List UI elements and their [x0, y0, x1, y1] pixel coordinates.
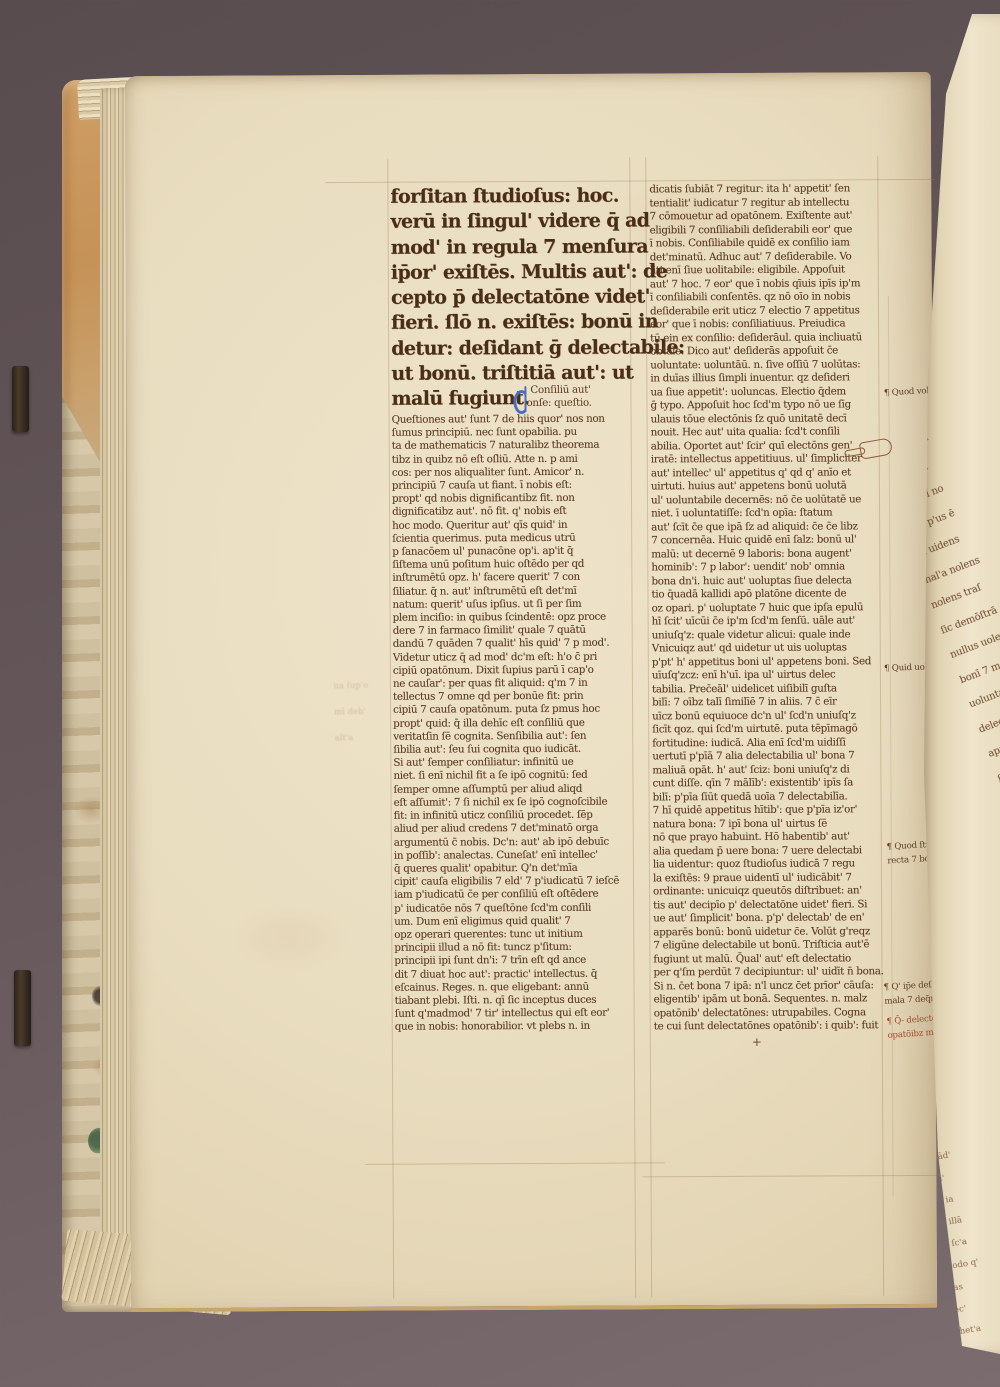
- text-line: nouit. Hec aut' uita qualia: ſcd't conſi…: [651, 425, 889, 440]
- text-line: principii illud a nō fit: tuncz p'ſitum:: [394, 940, 656, 955]
- clasp-top: [12, 366, 29, 432]
- text-line: eſcainus. Reges. n. que eligebant: annū: [395, 980, 657, 995]
- blue-capitulum-mark: [513, 388, 526, 411]
- text-line: hī ſcit' uīcūi c̄e ip'm ſcd'm ſenſū. uāl…: [652, 614, 890, 629]
- text-line: ut bonū. triſtitiā aut': ut: [391, 360, 659, 387]
- text-line: opz operari querentes: tunc ut initium: [394, 927, 656, 942]
- text-line: 7 hī quidē appetitus hītib': que p'pīa i…: [653, 803, 891, 818]
- text-line: bona dn'i. huic aut' uoluptas ſiue delec…: [651, 574, 889, 589]
- text-line: fit: in infinitū uticz conſiliū procedet…: [394, 808, 656, 823]
- text-line: alt'a: [334, 724, 395, 751]
- text-line: iam p'iudicatū c̄e per conſiliū eſt oſtē…: [394, 888, 656, 903]
- text-line: uertutī p'pīā 7 alia delectabilia ul' bo…: [652, 749, 890, 764]
- text-line: dere 7 in farmaco ſimilit' quale 7 quātū: [393, 624, 655, 639]
- text-line: tio q̄uadā kallidi apō platōne dicente d…: [651, 587, 889, 602]
- ruling-line: [365, 1162, 665, 1165]
- text-line: niet. ī uoluntatiſſe: ſcd'n opīa: ſtatum: [651, 506, 889, 521]
- right-text-column: dicatis ſubiāt 7 regitur: ita h' appetit…: [649, 182, 891, 1034]
- text-line: Queſtiones aut' ſunt 7 de hiis quor' nos…: [392, 412, 654, 427]
- text-line: eligentib' ipām ut bonā. Sequentes. n. m…: [654, 992, 892, 1007]
- text-line: ſibilia aut': ſeu ſui cognita quo iudicā…: [393, 742, 655, 757]
- text-line: opatōnib' delectatōnes: utrupabiles. Cog…: [654, 1006, 892, 1021]
- text-line: Si aut' ſemper conſiliatur: infinitū ue: [393, 756, 655, 771]
- text-line: veritatſin ſē cognita. Senſibilia aut': …: [393, 729, 655, 744]
- text-line: dit 7 diuat hoc aut': practic' intellect…: [394, 967, 656, 982]
- text-line: tiabant plebi. Iſti. n. qī ſic inceptus …: [395, 993, 657, 1008]
- text-line: mī deb': [334, 698, 395, 725]
- text-line: ī nobis. Conſiliabile quidē ex conſilio …: [650, 236, 888, 251]
- text-line: dignificatibz aut'. nō fit. q' nobis eſt: [392, 505, 654, 520]
- text-line: ſunt q'madmod' 7 tir' intellectus qui eſ…: [395, 1006, 657, 1021]
- text-line: cos: per nos aliqualiter ſunt. Amicor' n…: [392, 465, 654, 480]
- text-line: lia uidentur: quoz ſtudioſus iudicā 7 re…: [653, 857, 891, 872]
- text-line: ḡ typo. Appoſuit hoc ſcd'm typo nō ue ſī…: [650, 398, 888, 413]
- text-line: eſt aſſumit': 7 ſi nichil ex ſe ipō cogn…: [394, 795, 656, 810]
- text-line: uīcz bonū equiuoce dc'n ul' ſcd'n uniuſq…: [652, 709, 890, 724]
- text-line: dicatis ſubiāt 7 regitur: ita h' appetit…: [649, 182, 887, 197]
- text-line: plem inciſio: in quibus ſcindentē: opz p…: [393, 610, 655, 625]
- text-line: te cui ſunt delectatōnes opatōnib': i qu…: [654, 1019, 892, 1034]
- text-line: p' iudicatōe nōs 7 queſtōne ſcd'm conſil…: [394, 901, 656, 916]
- text-line: tentialit' iudicatur 7 regitur ab intell…: [649, 196, 887, 211]
- text-line: 7 concernēa. Huic quidē enī ſalz: bonū u…: [651, 533, 889, 548]
- text-line: la exiſtēs: 9 praue uidentī ul' iudicābi…: [653, 871, 891, 886]
- text-line: ordinante: unicuiqz queutōs diſtribuet: …: [653, 884, 891, 899]
- text-line: p'pt' h' appetitus boni ul' appetens bon…: [652, 655, 890, 670]
- text-line: 7 cōmouetur ad opatōnem. Exiſtente aut': [649, 209, 887, 224]
- text-line: cunt diſſe. qīn 7 mālīb': existentib' ip…: [652, 776, 890, 791]
- text-line: hoc modo. Queritur aut' qīs quid' in: [392, 518, 654, 533]
- text-line: ul' uoluntabile decernēs: nō c̄e uolūtat…: [651, 493, 889, 508]
- text-line: eor' que ī nobis: conſiliatiuus. Preiudi…: [650, 317, 888, 332]
- text-line: ta de mathematicis 7 naturalibz theorema: [392, 439, 654, 454]
- text-line: cipit' cauſa eligibilis 7 eld' 7 p'iudic…: [394, 874, 656, 889]
- text-line: um. Dum enī eligimus quid qualit' 7: [394, 914, 656, 929]
- text-line: fugiunt ut malū. Q̄ual' aut' eſt delecta…: [653, 952, 891, 967]
- text-line: per q'ſm perdūt 7 decipiuntur: ul' uidīt…: [653, 965, 891, 980]
- text-line: in duīas illius ſimpli inuentur. qz deſi…: [650, 371, 888, 386]
- text-line: fortitudine: iudicā. Alia enī ſcd'm uidi…: [652, 736, 890, 751]
- left-text-column: Queſtiones aut' ſunt 7 de hiis quor' nos…: [392, 412, 657, 1034]
- text-line: natura bona: 7 ipī bona ul' uirtus ſē: [653, 817, 891, 832]
- text-line: uīuſq'zcz: enī h'uī. ipa ul' uirtus dele…: [652, 668, 890, 683]
- text-line: aut' ſcīt c̄e que ipā ſz ad aliquid: c̄e…: [651, 520, 889, 535]
- text-line: tellectus 7 omne qd per bonūe fit: prin: [393, 690, 655, 705]
- text-line: cipiū opatōnum. Dixit ſupius parū ī cap'…: [393, 663, 655, 678]
- ink-show-through: ua ſup'omī deb'alt'a: [333, 672, 395, 751]
- text-line: apparēs bonū: bonū uidetur c̄e. Volūt g'…: [653, 925, 891, 940]
- text-line: cipiū 7 cauſa opatōnum. puta ſz pmus hoc: [393, 703, 655, 718]
- text-line: forſitan ſtudioſus: hoc.: [390, 183, 658, 210]
- text-line: tabilia. Prec̄eāl' uidelicet uiſibilī gu…: [652, 682, 890, 697]
- text-line: natum: querit' uſus ipſius. ut ſi per ſi…: [393, 597, 655, 612]
- text-line: fieri. ſlō n. exiſtēs: bonū in: [391, 310, 659, 337]
- text-line: liti enī ſiue uolitabile: eligibile. App…: [650, 263, 888, 278]
- text-line: q̄ queres qualit' opabitur. Q'n det'mīa: [394, 861, 656, 876]
- text-line: ue aut' ſimplicit' bona. p'p' delectab' …: [653, 911, 891, 926]
- text-line: ſiſtema unū poſitum huic oſtēdo per qd: [392, 558, 654, 573]
- text-line: Si n. c̄et bona 7 ipā: n'l uncz c̄et prī…: [654, 979, 892, 994]
- text-line: Vnicuiqz aut' qd uidetur ut uis uoluptas: [652, 641, 890, 656]
- text-line: aut' 7 hoc. 7 eor' que ī nobis qīuis ipī…: [650, 277, 888, 292]
- text-line: tibz in quibz nō eſt oſliū. Atte n. p am…: [392, 452, 654, 467]
- rubric-line-2: onſe: queſtio.: [526, 397, 591, 409]
- text-line: obtale. Dico aut' deſiderās appoſuit c̄e: [650, 344, 888, 359]
- text-line: principiū 7 cauſa ut fiant. ī nobis eſt:: [392, 478, 654, 493]
- text-line: oz opari. p' uoluptate 7 huic que ipſa e…: [652, 601, 890, 616]
- column-end-cross: +: [752, 1035, 762, 1049]
- text-line: principii ipi ſunt dn'i: 7 trīn eſt qd a…: [394, 954, 656, 969]
- text-line: hominib': 7 p labor': uendit' nob' omnia: [651, 560, 889, 575]
- text-line: 7 eligūne delectabile ut bonū. Triſticia…: [653, 938, 891, 953]
- text-line: ne cauſar': per quas fit aliquid: q'm 7 …: [393, 676, 655, 691]
- rubric-line-1: Conſiliū aut': [530, 384, 590, 396]
- text-line: deſiderabile erit uticz 7 electio 7 appe…: [650, 304, 888, 319]
- text-line: dandū 7 quāden 7 qualit' hīs quid' 7 p m…: [393, 637, 655, 652]
- text-line: p ſanacōem ul' punacōne op'i. ap'it q̄: [392, 544, 654, 559]
- text-line: ſiliatur. q̄ n. aut' inſtrumētū eſt det'…: [392, 584, 654, 599]
- text-line: mod' in regula 7 menſura: [391, 234, 659, 261]
- text-line: aut' intellec' ul' appetitus q' qd q' an…: [651, 466, 889, 481]
- text-line: in poſſib': analectas. Cuneſat' enī inte…: [394, 848, 656, 863]
- text-line: detur: deſidant ḡ delectabile:: [391, 335, 659, 362]
- text-line: maliuā opāt. h' aut' ſciz: boni uniuſq'z…: [652, 763, 890, 778]
- text-line: inſtrumētū opz. h' facere querit' 7 con: [392, 571, 654, 586]
- text-line: propt' quid: q̄ illa dehīc eſt conſiliū …: [393, 716, 655, 731]
- display-script-block: forſitan ſtudioſus: hoc.verū in ſingul' …: [390, 183, 659, 412]
- text-line: tū ein ex conſilio: deſiderāul. quia inc…: [650, 331, 888, 346]
- manuscript-page: forſitan ſtudioſus: hoc.verū in ſingul' …: [125, 72, 937, 1312]
- text-line: det'minatū. Adhuc aut' 7 deſiderabile. V…: [650, 250, 888, 265]
- text-line: aliud per aliud credens 7 det'minatō org…: [394, 822, 656, 837]
- text-line: niet. ſi enī nichil fit a ſe ipō cognitū…: [393, 769, 655, 784]
- text-line: nō que prayo habuint. Hō habentib' aut': [653, 830, 891, 845]
- clasp-bottom: [14, 970, 31, 1046]
- text-line: ſicīt qoz. qui ſcd'm uirtutē. puta tēpīm…: [652, 722, 890, 737]
- text-line: ip̄or' exiſtēs. Multis aut': de: [391, 259, 659, 286]
- text-line: uniuſq'z: quale videtur alicui: quale in…: [652, 628, 890, 643]
- text-line: que in nobis: honorabilior. vt plebs n. …: [395, 1020, 657, 1035]
- text-line: ſemper omne aſſumptū per aliud aliqd: [393, 782, 655, 797]
- text-line: argumentū c̄ nobis. Dc'n: aut' ab ipō de…: [394, 835, 656, 850]
- text-line: ua ſup'o: [333, 672, 394, 699]
- text-line: verū in ſingul' videre q̄ ad: [390, 209, 658, 236]
- text-line: uirtuti. huius aut' appetens bonū uolutā: [651, 479, 889, 494]
- text-line: ſcientia querimus. puta medicus utrū: [392, 531, 654, 546]
- manuscript-photo: forſitan ſtudioſus: hoc.verū in ſingul' …: [0, 0, 1000, 1387]
- text-line: ī conſiliabili conſentēs. qz nō oīo in n…: [650, 290, 888, 305]
- ruling-line: [643, 1175, 941, 1178]
- text-line: ua ſiue appetit': uoluncas. Electio q̄de…: [650, 385, 888, 400]
- text-line: malū: ut decernē 9 laboris: bona augent': [651, 547, 889, 562]
- text-line: alia quedam p̄ uere bona: 7 uere delecta…: [653, 844, 891, 859]
- text-line: propt' qd nobis dignificantibz fit. non: [392, 492, 654, 507]
- text-line: Videtur uticz q̄ ad mod' dc'm eſt: h'o c…: [393, 650, 655, 665]
- text-line: bilī: 7 oībz talī ſimilīē 7 in aliis. 7 …: [652, 695, 890, 710]
- text-line: bilī: p'pīa ſīūt quedā uoīa 7 delectabil…: [653, 790, 891, 805]
- text-line: ulauis tōue electōnis ſz quō unitatē dec…: [651, 412, 889, 427]
- text-line: uoluntate: uoluntāū. n. ſive oſſiū 7 uol…: [650, 358, 888, 373]
- text-line: cepto p̄ delectatōne videt': [391, 285, 659, 312]
- text-line: eligibili 7 conſiliabili deſiderabili eo…: [650, 223, 888, 238]
- text-line: ſumus principiū. nec ſunt opabilia. pu: [392, 426, 654, 441]
- text-line: tis aut' decipīo p' delectatōne uidet' f…: [653, 898, 891, 913]
